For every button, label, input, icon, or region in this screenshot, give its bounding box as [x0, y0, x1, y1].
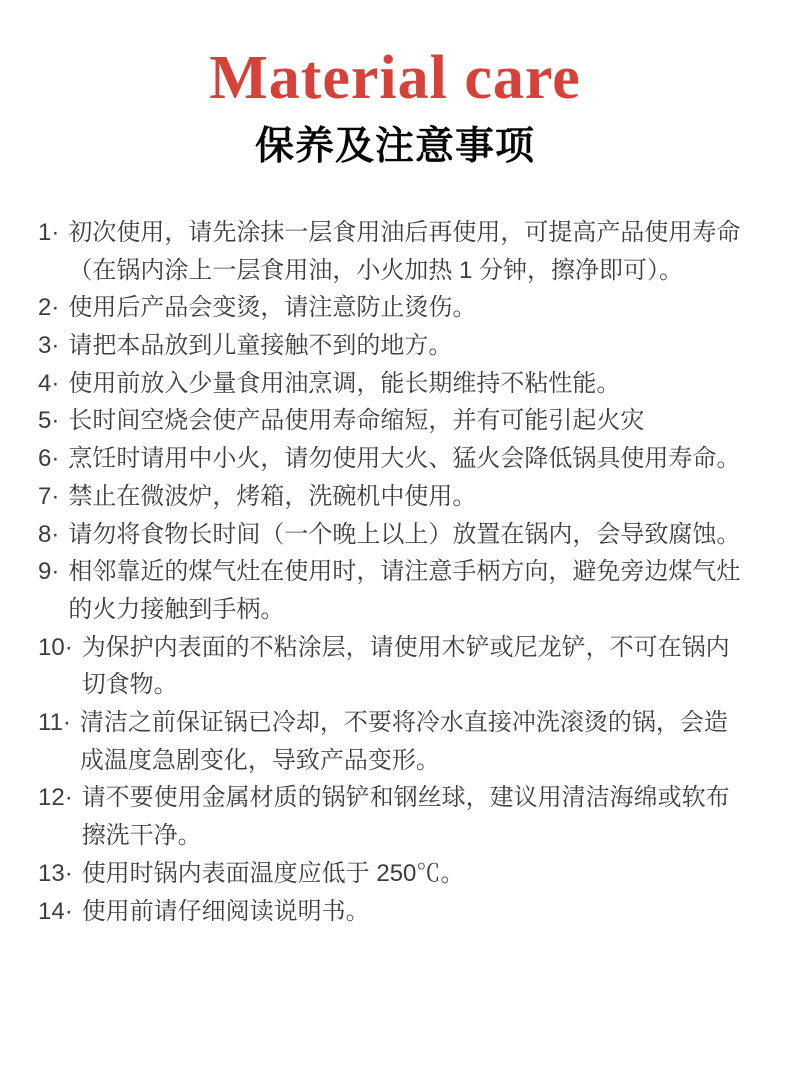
list-item: 11· 清洁之前保证锅已冷却，不要将冷水直接冲洗滚烫的锅，会造成温度急剧变化，导…: [38, 704, 748, 779]
item-text: 相邻靠近的煤气灶在使用时，请注意手柄方向，避免旁边煤气灶的火力接触到手柄。: [68, 553, 748, 628]
list-item: 14· 使用前请仔细阅读说明书。: [38, 893, 748, 931]
page-title: Material care: [0, 0, 790, 111]
item-number: 6·: [38, 440, 59, 478]
item-number: 1·: [38, 214, 59, 252]
item-number: 14·: [38, 893, 73, 931]
item-text: 请把本品放到儿童接触不到的地方。: [68, 327, 748, 365]
item-text: 初次使用，请先涂抹一层食用油后再使用，可提高产品使用寿命（在锅内涂上一层食用油，…: [68, 214, 748, 289]
item-text: 使用后产品会变烫，请注意防止烫伤。: [68, 289, 748, 327]
item-text: 为保护内表面的不粘涂层，请使用木铲或尼龙铲，不可在锅内切食物。: [82, 629, 748, 704]
item-text: 请不要使用金属材质的锅铲和钢丝球，建议用清洁海绵或软布擦洗干净。: [82, 779, 748, 854]
item-text: 请勿将食物长时间（一个晚上以上）放置在锅内，会导致腐蚀。: [68, 516, 748, 554]
item-text: 禁止在微波炉，烤箱，洗碗机中使用。: [68, 478, 748, 516]
list-item: 3· 请把本品放到儿童接触不到的地方。: [38, 327, 748, 365]
item-text: 使用时锅内表面温度应低于 250℃。: [82, 855, 748, 893]
list-item: 9· 相邻靠近的煤气灶在使用时，请注意手柄方向，避免旁边煤气灶的火力接触到手柄。: [38, 553, 748, 628]
item-number: 9·: [38, 553, 59, 591]
list-item: 1· 初次使用，请先涂抹一层食用油后再使用，可提高产品使用寿命（在锅内涂上一层食…: [38, 214, 748, 289]
item-number: 10·: [38, 629, 73, 667]
list-item: 6· 烹饪时请用中小火，请勿使用大火、猛火会降低锅具使用寿命。: [38, 440, 748, 478]
item-number: 2·: [38, 289, 59, 327]
care-instructions-page: Material care 保养及注意事项 1· 初次使用，请先涂抹一层食用油后…: [0, 0, 790, 1084]
care-instruction-list: 1· 初次使用，请先涂抹一层食用油后再使用，可提高产品使用寿命（在锅内涂上一层食…: [0, 214, 790, 990]
page-subtitle: 保养及注意事项: [0, 125, 790, 170]
list-item: 4· 使用前放入少量食用油烹调，能长期维持不粘性能。: [38, 365, 748, 403]
item-number: 13·: [38, 855, 73, 893]
list-item: 8· 请勿将食物长时间（一个晚上以上）放置在锅内，会导致腐蚀。: [38, 516, 748, 554]
item-text: 使用前请仔细阅读说明书。: [82, 893, 748, 931]
item-number: 4·: [38, 365, 59, 403]
item-number: 11·: [38, 704, 71, 742]
item-number: 8·: [38, 516, 59, 554]
list-item: 7· 禁止在微波炉，烤箱，洗碗机中使用。: [38, 478, 748, 516]
item-number: 5·: [38, 402, 59, 440]
item-number: 7·: [38, 478, 59, 516]
item-number: 12·: [38, 779, 73, 817]
list-item: 13· 使用时锅内表面温度应低于 250℃。: [38, 855, 748, 893]
list-item: 10· 为保护内表面的不粘涂层，请使用木铲或尼龙铲，不可在锅内切食物。: [38, 629, 748, 704]
item-text: 清洁之前保证锅已冷却，不要将冷水直接冲洗滚烫的锅，会造成温度急剧变化，导致产品变…: [80, 704, 748, 779]
item-text: 使用前放入少量食用油烹调，能长期维持不粘性能。: [68, 365, 748, 403]
list-item: 2· 使用后产品会变烫，请注意防止烫伤。: [38, 289, 748, 327]
item-number: 3·: [38, 327, 59, 365]
list-item: 5· 长时间空烧会使产品使用寿命缩短，并有可能引起火灾: [38, 402, 748, 440]
item-text: 长时间空烧会使产品使用寿命缩短，并有可能引起火灾: [68, 402, 748, 440]
item-text: 烹饪时请用中小火，请勿使用大火、猛火会降低锅具使用寿命。: [68, 440, 748, 478]
list-item: 12· 请不要使用金属材质的锅铲和钢丝球，建议用清洁海绵或软布擦洗干净。: [38, 779, 748, 854]
